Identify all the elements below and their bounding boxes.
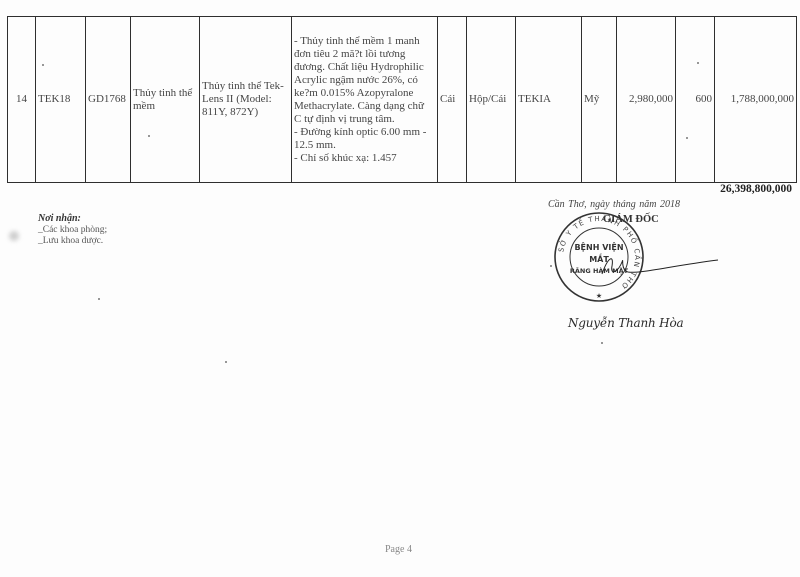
scan-speck — [686, 137, 688, 139]
director-title: GIÁM ĐỐC — [603, 214, 659, 225]
cell-amount: 1,788,000,000 — [715, 17, 797, 183]
svg-text:★: ★ — [596, 292, 602, 300]
date-line: Cần Thơ, ngày tháng năm 2018 — [548, 199, 680, 210]
grand-total: 26,398,800,000 — [720, 183, 792, 195]
page-number: Page 4 — [385, 544, 412, 555]
scan-speck — [148, 135, 150, 137]
scan-smudge — [9, 231, 19, 241]
cell-unit-price: 2,980,000 — [617, 17, 676, 183]
recipient-item: _Các khoa phòng; — [38, 225, 107, 237]
description-line: Acrylic ngậm nước 26%, có — [294, 74, 435, 87]
description-line: 12.5 mm. — [294, 139, 435, 152]
scan-speck — [42, 64, 44, 66]
recipients-title: Nơi nhận: — [38, 213, 107, 225]
cell-packaging: Hộp/Cái — [467, 17, 516, 183]
description-line: - Đường kính optic 6.00 mm - — [294, 126, 435, 139]
cell-description: - Thủy tinh thể mềm 1 manh đơn tiêu 2 mă… — [292, 17, 438, 183]
scan-speck — [601, 342, 603, 344]
description-line: Methacrylate. Càng dạng chữ — [294, 100, 435, 113]
description-line: C tự định vị trung tâm. — [294, 113, 435, 126]
cell-unit: Cái — [438, 17, 467, 183]
cell-code: TEK18 — [36, 17, 86, 183]
cell-stt: 14 — [8, 17, 36, 183]
description-line: - Chỉ số khúc xạ: 1.457 — [294, 152, 435, 165]
description-line: đương. Chất liệu Hydrophilic — [294, 61, 435, 74]
items-table: 14 TEK18 GD1768 Thủy tinh thể mềm Thủy t… — [7, 16, 797, 183]
scan-speck — [697, 62, 699, 64]
cell-manufacturer: TEKIA — [516, 17, 582, 183]
document-page: 14 TEK18 GD1768 Thủy tinh thể mềm Thủy t… — [0, 0, 800, 577]
scan-speck — [225, 361, 227, 363]
recipients-block: Nơi nhận: _Các khoa phòng; _Lưu khoa dượ… — [38, 213, 107, 248]
cell-country: Mỹ — [582, 17, 617, 183]
handwritten-signature-icon — [600, 252, 720, 282]
cell-quantity: 600 — [676, 17, 715, 183]
description-line: - Thủy tinh thể mềm 1 manh — [294, 35, 435, 48]
signer-name: Nguyễn Thanh Hòa — [568, 316, 683, 330]
cell-category: Thủy tinh thể mềm — [131, 17, 200, 183]
scan-speck — [550, 265, 552, 267]
scan-speck — [98, 298, 100, 300]
cell-name: Thủy tinh thể Tek-Lens II (Model: 811Y, … — [200, 17, 292, 183]
recipient-item: _Lưu khoa dược. — [38, 236, 107, 248]
table-row: 14 TEK18 GD1768 Thủy tinh thể mềm Thủy t… — [8, 17, 797, 183]
description-line: ke?m 0.015% Azopyralone — [294, 87, 435, 100]
stamp-line1: BỆNH VIỆN — [574, 242, 623, 252]
cell-drug-code: GD1768 — [86, 17, 131, 183]
description-line: đơn tiêu 2 mă?t lồi tương — [294, 48, 435, 61]
